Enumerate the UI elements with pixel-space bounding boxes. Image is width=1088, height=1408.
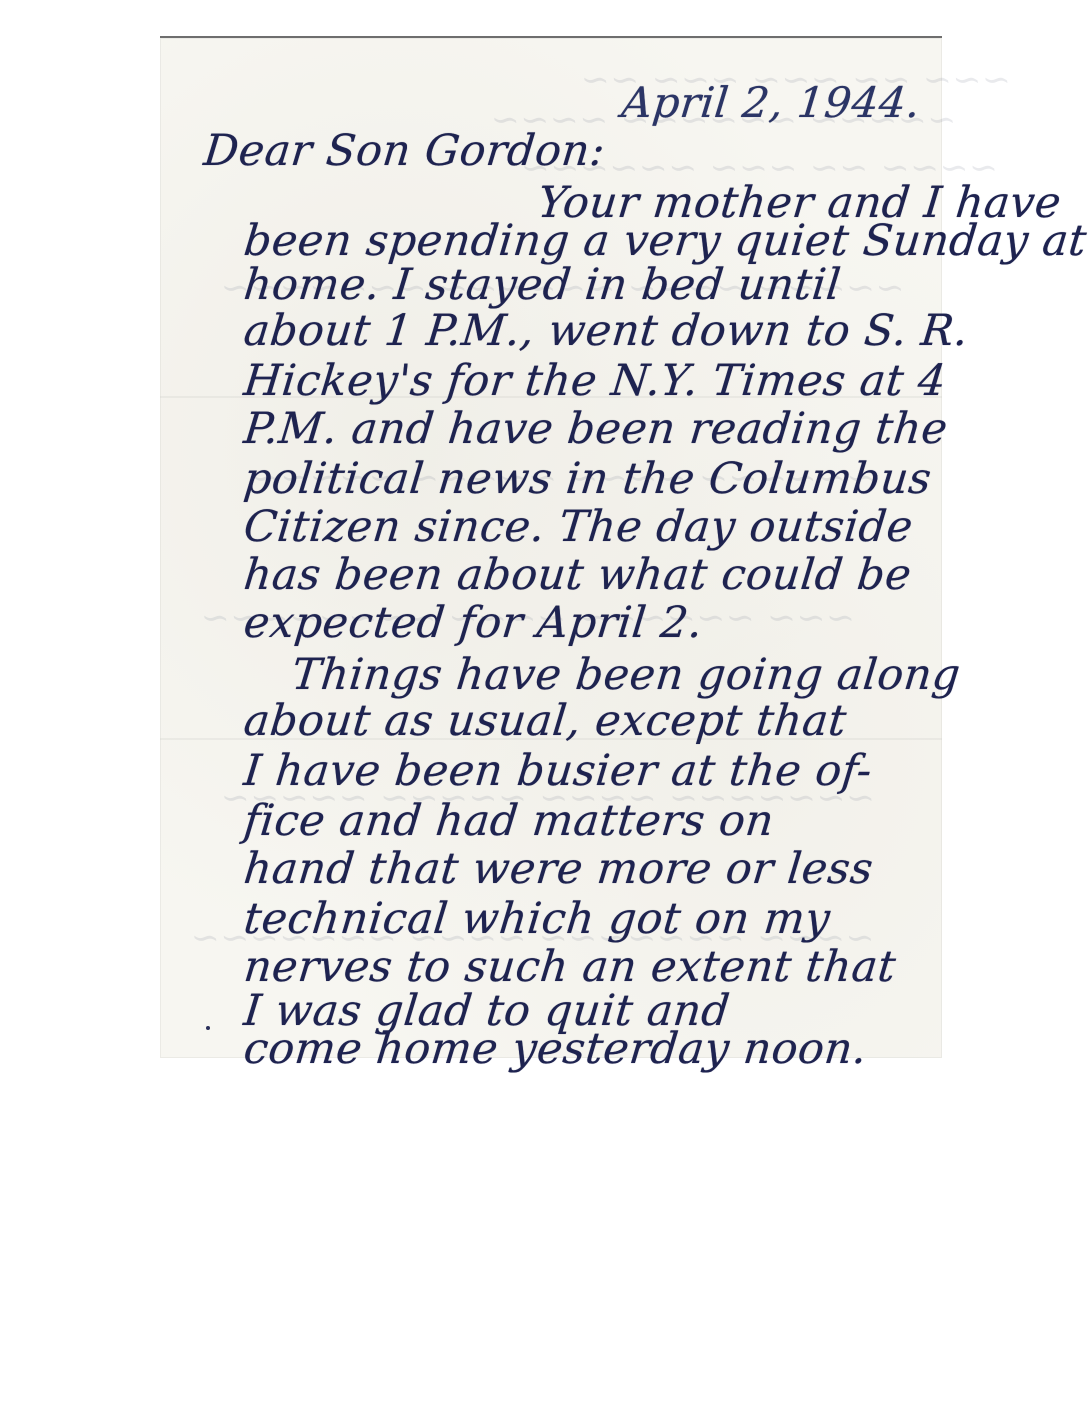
letter-date: April 2, 1944. [620, 82, 923, 124]
letter-line: has been about what could be [242, 554, 914, 597]
letter-line: technical which got on my [242, 898, 832, 941]
letter-line: Things have been going along [290, 654, 963, 697]
letter-paper: ~~~ ~~ ~~~ ~~~ ~~ ~~~~~ ~~~~~~ ~~~~ ~~~~… [160, 36, 942, 1058]
letter-line: hand that were more or less [242, 848, 876, 891]
letter-line: home. I stayed in bed until [242, 264, 843, 307]
letter-line: P.M. and have been reading the [242, 408, 950, 451]
letter-line: fice and had matters on [242, 800, 776, 843]
scan-page: ~~~ ~~ ~~~ ~~~ ~~ ~~~~~ ~~~~~~ ~~~~ ~~~~… [0, 0, 1088, 1408]
letter-line: come home yesterday noon. [242, 1028, 869, 1071]
letter-line: I have been busier at the of- [242, 750, 874, 793]
letter-salutation: Dear Son Gordon: [202, 130, 607, 173]
letter-line: political news in the Columbus [242, 458, 934, 501]
letter-line: Citizen since. The day outside [242, 506, 915, 549]
letter-line: been spending a very quiet Sunday at [242, 220, 1088, 263]
letter-line: expected for April 2. [242, 602, 705, 645]
letter-line: Hickey's for the N.Y. Times at 4 [242, 360, 948, 403]
letter-line: about as usual, except that [242, 700, 849, 743]
ink-dot [206, 1026, 210, 1030]
letter-line: nerves to such an extent that [242, 946, 898, 989]
letter-line: about 1 P.M., went down to S. R. [242, 310, 971, 353]
